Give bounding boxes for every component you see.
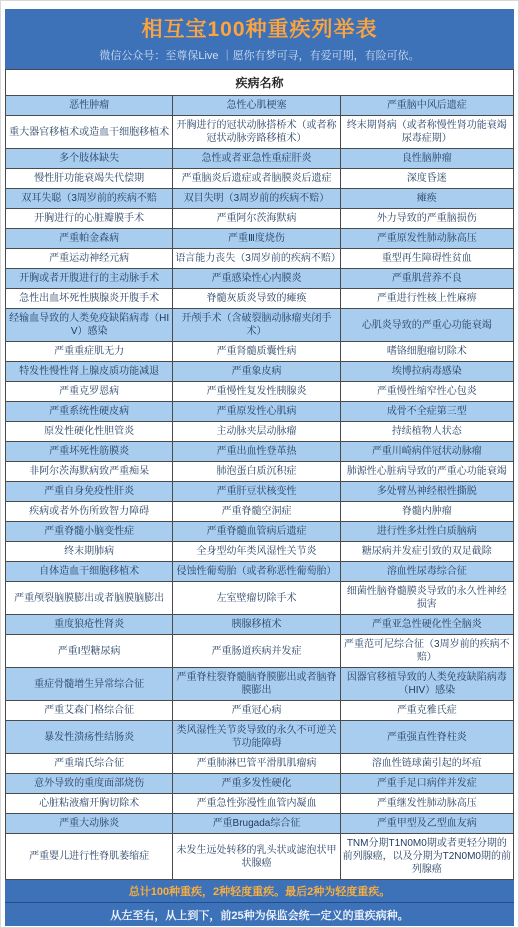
table-row: 意外导致的重度面部烧伤严重多发性硬化严重手足口病伴并发症 [6,774,513,794]
disease-cell: 暴发性溃疡性结肠炎 [6,721,173,753]
disease-cell: 严重艾森门格综合征 [6,701,173,720]
disease-cell: 急性或者亚急性重症肝炎 [173,149,340,168]
table-row: 严重克罗恩病严重慢性复发性胰腺炎严重慢性缩窄性心包炎 [6,382,513,402]
disease-cell: 严重范可尼综合征（3周岁前的疾病不赔） [341,635,513,667]
page-header: 相互宝100种重疾列举表 微信公众号：至尊保Live ｜愿你有梦可寻，有爱可期，… [5,9,514,69]
disease-cell: 原发性硬化性胆管炎 [6,422,173,441]
table-row: 多个肢体缺失急性或者亚急性重症肝炎良性脑肿瘤 [6,149,513,169]
disease-cell: 心脏粘液瘤开胸切除术 [6,794,173,813]
disease-cell: 双目失明（3周岁前的疾病不赔） [173,189,340,208]
disease-cell: 恶性肿瘤 [6,96,173,115]
infographic-page: 相互宝100种重疾列举表 微信公众号：至尊保Live ｜愿你有梦可寻，有爱可期，… [0,0,519,928]
disease-cell: 脊髓灰质炎导致的瘫痪 [173,289,340,308]
disease-cell: 重大器官移植术或造血干细胞移植术 [6,116,173,148]
disease-cell: 严重运动神经元病 [6,249,173,268]
disease-cell: 胰腺移植术 [173,615,340,634]
table-row: 双耳失聪（3周岁前的疾病不赔双目失明（3周岁前的疾病不赔）瘫痪 [6,189,513,209]
disease-cell: 终末期肾病（或者称慢性肾功能衰竭尿毒症期） [341,116,513,148]
disease-cell: 严重慢性复发性胰腺炎 [173,382,340,401]
disease-cell: 严重原发性心肌病 [173,402,340,421]
disease-cell: 开胸进行的心脏瓣膜手术 [6,209,173,228]
table-row: 重度狼疮性肾炎胰腺移植术严重亚急性硬化性全脑炎 [6,615,513,635]
disease-cell: 重度狼疮性肾炎 [6,615,173,634]
disease-cell: 多处臂丛神经根性撕脱 [341,482,513,501]
disease-cell: 瘫痪 [341,189,513,208]
table-row: 严重婴儿进行性脊肌萎缩症未发生远处转移的乳头状或滤泡状甲状腺癌TNM分期T1N0… [6,834,513,880]
disease-cell: 开胸进行的冠状动脉搭桥术（或者称冠状动脉旁路移植术） [173,116,340,148]
disease-cell: 深度昏迷 [341,169,513,188]
disease-cell: 严重手足口病伴并发症 [341,774,513,793]
table-row: 严重重症肌无力严重肾髓质囊性病嗜铬细胞瘤切除术 [6,342,513,362]
table-row: 严重运动神经元病语言能力丧失（3周岁前的疾病不赔）重型再生障碍性贫血 [6,249,513,269]
disease-cell: 特发性慢性肾上腺皮质功能减退 [6,362,173,381]
table-header: 疾病名称 [6,70,513,96]
disease-cell: 严重脊髓血管病后遗症 [173,522,340,541]
disease-cell: 严重肾髓质囊性病 [173,342,340,361]
disease-cell: 全身型幼年类风湿性关节炎 [173,542,340,561]
disease-cell: 细菌性脑脊髓膜炎导致的永久性神经损害 [341,582,513,614]
disease-cell: 进行性多灶性白质脑病 [341,522,513,541]
disease-cell: 主动脉夹层动脉瘤 [173,422,340,441]
table-row: 严重瑞氏综合征严重肺淋巴管平滑肌肌瘤病溶血性链球菌引起的坏疽 [6,754,513,774]
disease-cell: 左室壁瘤切除手术 [173,582,340,614]
disease-cell: 严重Ⅲ度烧伤 [173,229,340,248]
disease-cell: 严重多发性硬化 [173,774,340,793]
disease-cell: 糖尿病并发症引致的双足截除 [341,542,513,561]
table-row: 非阿尔茨海默病致严重痴呆肺泡蛋白质沉积症肺源性心脏病导致的严重心功能衰竭 [6,462,513,482]
disease-cell: 重症骨髓增生异常综合征 [6,668,173,700]
disease-cell: 严重大动脉炎 [6,814,173,833]
disease-cell: 严重克罗恩病 [6,382,173,401]
disease-cell: 严重重症肌无力 [6,342,173,361]
table-row: 重症骨髓增生异常综合征严重脊柱裂脊髓脑脊膜膨出或者脑脊膜膨出因器官移植导致的人类… [6,668,513,701]
disease-cell: 心肌炎导致的严重心功能衰竭 [341,309,513,341]
disease-cell: 严重继发性肺动脉高压 [341,794,513,813]
page-subtitle: 微信公众号：至尊保Live ｜愿你有梦可寻，有爱可期，有险可依。 [99,49,419,64]
disease-cell: 外力导致的严重脑损伤 [341,209,513,228]
table-row: 严重系统性硬皮病严重原发性心肌病成骨不全症第三型 [6,402,513,422]
disease-cell: 严重坏死性筋膜炎 [6,442,173,461]
disease-cell: 严重冠心病 [173,701,340,720]
table-row: 严重颅裂脑膜膨出或者脑膜脑膨出左室壁瘤切除手术细菌性脑脊髓膜炎导致的永久性神经损… [6,582,513,615]
disease-cell: 双耳失聪（3周岁前的疾病不赔 [6,189,173,208]
disease-cell: 开胸或者开腹进行的主动脉手术 [6,269,173,288]
table-row: 特发性慢性肾上腺皮质功能减退严重象皮病埃博拉病毒感染 [6,362,513,382]
table-row: 重大器官移植术或造血干细胞移植术开胸进行的冠状动脉搭桥术（或者称冠状动脉旁路移植… [6,116,513,149]
disease-cell: 严重I型糖尿病 [6,635,173,667]
disease-cell: TNM分期T1N0M0期或者更轻分期的前列腺癌，以及分期为T2N0M0期的前列腺… [341,834,513,879]
disease-cell: 侵蚀性葡萄胎（或者称恶性葡萄胎） [173,562,340,581]
disease-cell: 未发生远处转移的乳头状或滤泡状甲状腺癌 [173,834,340,879]
disease-cell: 埃博拉病毒感染 [341,362,513,381]
table-row: 恶性肿瘤急性心肌梗塞严重脑中风后遗症 [6,96,513,116]
table-row: 严重坏死性筋膜炎严重出血性登革热严重川崎病伴冠状动脉瘤 [6,442,513,462]
page-title: 相互宝100种重疾列举表 [141,17,377,43]
disease-cell: 非阿尔茨海默病致严重痴呆 [6,462,173,481]
disease-cell: 严重瑞氏综合征 [6,754,173,773]
disease-cell: 类风湿性关节炎导致的永久不可逆关节功能障碍 [173,721,340,753]
disease-cell: 开颅手术（含破裂脑动脉瘤夹闭手术） [173,309,340,341]
footer-note: 从左至右，从上到下，前25种为保监会统一定义的重疾病种。 [5,903,514,926]
disease-cell: 多个肢体缺失 [6,149,173,168]
disease-cell: 严重慢性缩窄性心包炎 [341,382,513,401]
disease-cell: 严重婴儿进行性脊肌萎缩症 [6,834,173,879]
disease-cell: 成骨不全症第三型 [341,402,513,421]
disease-cell: 意外导致的重度面部烧伤 [6,774,173,793]
disease-cell: 严重感染性心内膜炎 [173,269,340,288]
disease-cell: 严重急性弥漫性血管内凝血 [173,794,340,813]
disease-cell: 严重川崎病伴冠状动脉瘤 [341,442,513,461]
table-row: 严重脊髓小脑变性症严重脊髓血管病后遗症进行性多灶性白质脑病 [6,522,513,542]
table-row: 慢性肝功能衰竭失代偿期严重脑炎后遗症或者脑膜炎后遗症深度昏迷 [6,169,513,189]
disease-cell: 溶血性尿毒综合征 [341,562,513,581]
disease-cell: 肺源性心脏病导致的严重心功能衰竭 [341,462,513,481]
disease-cell: 持续植物人状态 [341,422,513,441]
disease-cell: 脊髓内肿瘤 [341,502,513,521]
disease-table: 疾病名称 恶性肿瘤急性心肌梗塞严重脑中风后遗症重大器官移植术或造血干细胞移植术开… [5,69,514,880]
disease-cell: 严重颅裂脑膜膨出或者脑膜脑膨出 [6,582,173,614]
disease-cell: 严重阿尔茨海默病 [173,209,340,228]
table-row: 原发性硬化性胆管炎主动脉夹层动脉瘤持续植物人状态 [6,422,513,442]
disease-cell: 严重出血性登革热 [173,442,340,461]
disease-cell: 肺泡蛋白质沉积症 [173,462,340,481]
disease-cell: 严重肺淋巴管平滑肌肌瘤病 [173,754,340,773]
disease-cell: 严重系统性硬皮病 [6,402,173,421]
disease-cell: 严重肌营养不良 [341,269,513,288]
footer-summary: 总计100种重疾，2种轻度重疾。最后2种为轻度重疾。 [5,880,514,903]
disease-table-body: 恶性肿瘤急性心肌梗塞严重脑中风后遗症重大器官移植术或造血干细胞移植术开胸进行的冠… [6,96,513,880]
disease-cell: 严重象皮病 [173,362,340,381]
disease-cell: 慢性肝功能衰竭失代偿期 [6,169,173,188]
table-row: 心脏粘液瘤开胸切除术严重急性弥漫性血管内凝血严重继发性肺动脉高压 [6,794,513,814]
table-row: 终末期肺病全身型幼年类风湿性关节炎糖尿病并发症引致的双足截除 [6,542,513,562]
table-row: 严重帕金森病严重Ⅲ度烧伤严重原发性肺动脉高压 [6,229,513,249]
disease-cell: 严重脑炎后遗症或者脑膜炎后遗症 [173,169,340,188]
disease-cell: 严重亚急性硬化性全脑炎 [341,615,513,634]
disease-cell: 因器官移植导致的人类免疫缺陷病毒（HIV）感染 [341,668,513,700]
disease-cell: 严重甲型及乙型血友病 [341,814,513,833]
disease-cell: 语言能力丧失（3周岁前的疾病不赔） [173,249,340,268]
table-row: 疾病或者外伤所致智力障碍严重脊髓空洞症脊髓内肿瘤 [6,502,513,522]
table-row: 急性出血坏死性胰腺炎开腹手术脊髓灰质炎导致的瘫痪严重进行性核上性麻痹 [6,289,513,309]
disease-cell: 嗜铬细胞瘤切除术 [341,342,513,361]
table-row: 开胸或者开腹进行的主动脉手术严重感染性心内膜炎严重肌营养不良 [6,269,513,289]
table-row: 自体造血干细胞移植术侵蚀性葡萄胎（或者称恶性葡萄胎）溶血性尿毒综合征 [6,562,513,582]
disease-cell: 严重进行性核上性麻痹 [341,289,513,308]
table-row: 严重I型糖尿病严重肠道疾病并发症严重范可尼综合征（3周岁前的疾病不赔） [6,635,513,668]
disease-cell: 严重强直性脊柱炎 [341,721,513,753]
disease-cell: 严重肠道疾病并发症 [173,635,340,667]
disease-cell: 严重脑中风后遗症 [341,96,513,115]
disease-cell: 经输血导致的人类免疫缺陷病毒（HIV）感染 [6,309,173,341]
disease-cell: 自体造血干细胞移植术 [6,562,173,581]
table-row: 严重艾森门格综合征严重冠心病严重克雅氏症 [6,701,513,721]
disease-cell: 疾病或者外伤所致智力障碍 [6,502,173,521]
disease-cell: 严重脊髓空洞症 [173,502,340,521]
disease-cell: 溶血性链球菌引起的坏疽 [341,754,513,773]
disease-cell: 严重克雅氏症 [341,701,513,720]
table-row: 严重自身免疫性肝炎严重肝豆状核变性多处臂丛神经根性撕脱 [6,482,513,502]
disease-cell: 严重脊柱裂脊髓脑脊膜膨出或者脑脊膜膨出 [173,668,340,700]
disease-cell: 严重帕金森病 [6,229,173,248]
disease-cell: 重型再生障碍性贫血 [341,249,513,268]
disease-cell: 急性心肌梗塞 [173,96,340,115]
table-row: 开胸进行的心脏瓣膜手术严重阿尔茨海默病外力导致的严重脑损伤 [6,209,513,229]
disease-cell: 严重原发性肺动脉高压 [341,229,513,248]
disease-cell: 终末期肺病 [6,542,173,561]
disease-cell: 严重脊髓小脑变性症 [6,522,173,541]
table-row: 暴发性溃疡性结肠炎类风湿性关节炎导致的永久不可逆关节功能障碍严重强直性脊柱炎 [6,721,513,754]
table-row: 严重大动脉炎严重Brugada综合征严重甲型及乙型血友病 [6,814,513,834]
disease-cell: 严重肝豆状核变性 [173,482,340,501]
table-row: 经输血导致的人类免疫缺陷病毒（HIV）感染开颅手术（含破裂脑动脉瘤夹闭手术）心肌… [6,309,513,342]
disease-cell: 严重自身免疫性肝炎 [6,482,173,501]
disease-cell: 严重Brugada综合征 [173,814,340,833]
disease-cell: 急性出血坏死性胰腺炎开腹手术 [6,289,173,308]
disease-cell: 良性脑肿瘤 [341,149,513,168]
